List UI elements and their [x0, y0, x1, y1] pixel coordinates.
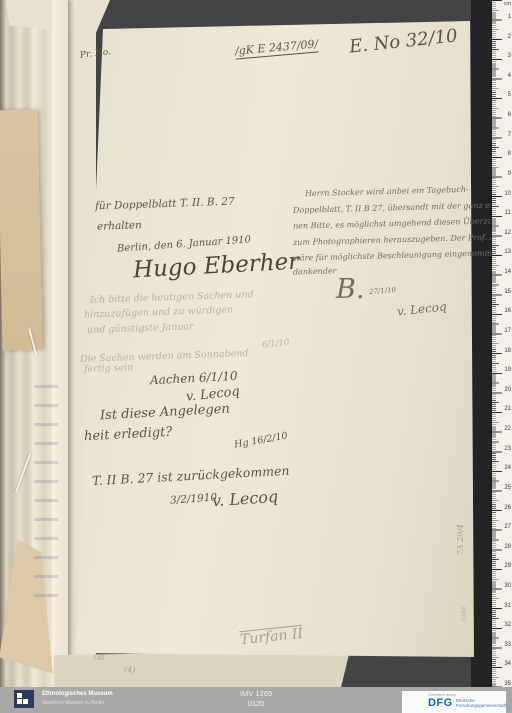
ruler-number: 30	[504, 583, 511, 589]
ruler-number: 19	[504, 367, 511, 373]
tan-paper-sheet	[0, 110, 43, 351]
dfg-logo-box: Gefördert durch DFG Deutsche Forschungsg…	[402, 691, 506, 713]
dfg-name: Deutsche Forschungsgemeinschaft	[456, 698, 506, 708]
ruler-number: 18	[504, 348, 511, 354]
ruler-number: 28	[504, 544, 511, 550]
ruler-number: 1	[508, 14, 511, 20]
return-signature: v. Lecoq	[212, 489, 279, 510]
ruler-number: 8	[508, 151, 511, 157]
right-note-initial: B.	[336, 276, 364, 303]
ruler-number: 14	[504, 269, 511, 275]
ruler-number: 17	[504, 328, 511, 334]
ruler-number: 15	[504, 289, 511, 295]
rotated-margin-number: 3946	[461, 606, 468, 623]
ruler-number: 31	[504, 603, 511, 609]
ruler-number: 13	[504, 249, 511, 255]
ruler-number: 3	[508, 53, 511, 59]
ruler-number: 23	[504, 446, 511, 452]
right-note-line: dankender	[293, 267, 337, 276]
ruler-number: 12	[504, 230, 511, 236]
ruler-number: 26	[504, 505, 511, 511]
ruler-number: 20	[504, 387, 511, 393]
ruler-unit-label: cm	[504, 1, 511, 7]
left-note-line2: erhalten	[97, 220, 142, 232]
ruler-number: 29	[504, 563, 511, 569]
digitization-footer-bar: Ethnologisches Museum Staatliche Museen …	[0, 687, 512, 713]
ruler-number: 24	[504, 465, 511, 471]
ruler-number: 34	[504, 661, 511, 667]
ruler-number: 22	[504, 426, 511, 432]
ruler-number: 10	[504, 191, 511, 197]
scan-background-strip	[471, 0, 491, 687]
ruler-number: 7	[508, 132, 511, 138]
ruler-number: 4	[508, 73, 511, 79]
ruler-ticks-cm	[492, 0, 502, 687]
ruler-number: 9	[508, 171, 511, 177]
ruler-number: 5	[508, 92, 511, 98]
rotated-margin-signature: 7A 29/4	[457, 524, 465, 555]
ruler-number: 25	[504, 485, 511, 491]
ruler-number: 6	[508, 112, 511, 118]
scanned-document-page: (4) Pr. No. /gK E 2437/09/ E. No 32/10 f…	[0, 0, 512, 713]
under-sheet-mark: (4)	[124, 665, 136, 674]
dfg-name-line2: Forschungsgemeinschaft	[456, 703, 506, 708]
faint-violet-marks	[34, 385, 58, 613]
ruler-number: 33	[504, 642, 511, 648]
dfg-logo-icon: DFG	[428, 697, 453, 709]
ruler-number: 11	[505, 210, 511, 216]
pencil-line: fertig sein	[84, 363, 134, 374]
ruler: cm 1234567891011121314151617181920212223…	[491, 0, 512, 687]
small-number-note: 148	[93, 656, 104, 662]
ruler-number: 27	[504, 524, 511, 530]
ruler-number: 32	[504, 622, 511, 628]
ruler-number: 2	[508, 34, 511, 40]
ruler-number: 21	[504, 406, 511, 412]
ruler-number: 16	[504, 308, 511, 314]
